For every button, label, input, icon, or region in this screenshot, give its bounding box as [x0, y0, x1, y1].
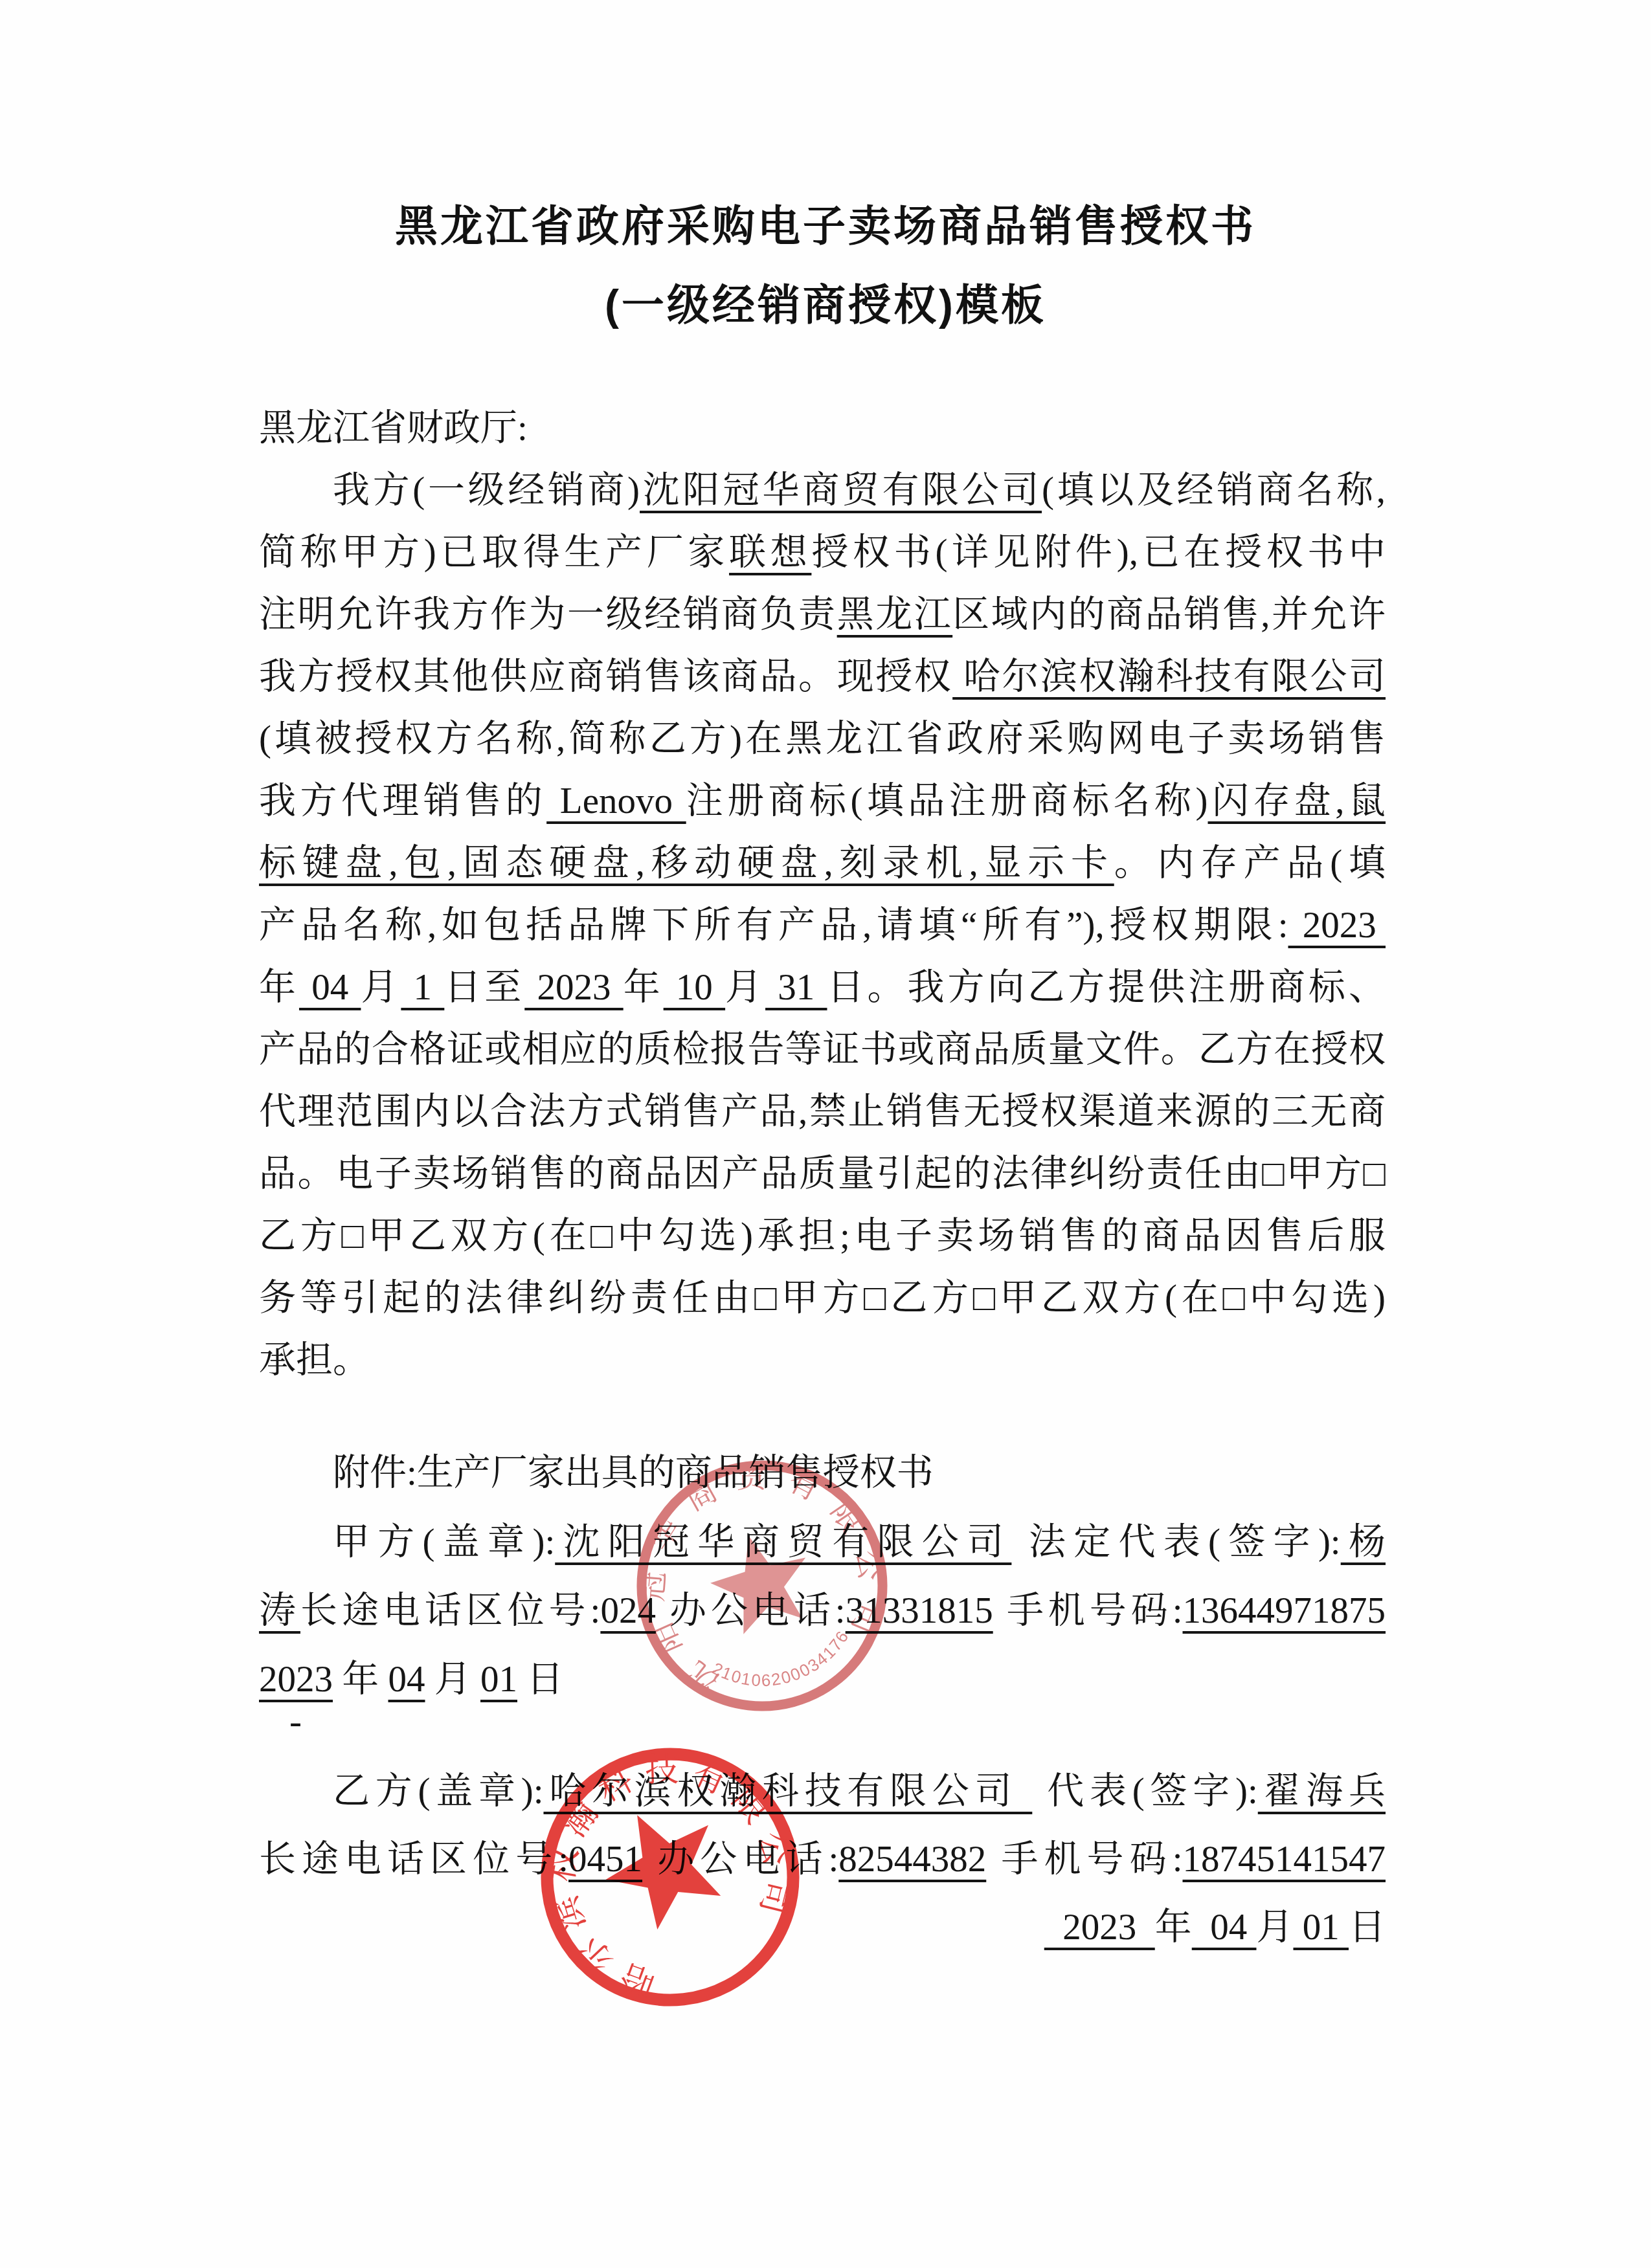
blank-underlined-value: 黑龙江 [837, 594, 953, 635]
blank-underlined-value: 沈阳冠华商贸有限公司 [640, 470, 1042, 511]
blank-underlined-value: 04 [388, 1659, 425, 1700]
blank-underlined-value: 2023 [524, 967, 623, 1008]
text-segment: 代表(签字): [1032, 1771, 1257, 1812]
company-seal-party-a-icon: 沈阳冠华商贸有限公司 210106200034176 [631, 1455, 893, 1717]
text-segment: 月 [425, 1659, 481, 1700]
company-seal-party-b-icon: 哈尔滨权瀚科技有限公司 [537, 1744, 803, 2010]
text-segment: 区域内的商品销售,并允许 [952, 594, 1386, 635]
blank-underlined-value: 2023 [1288, 905, 1386, 946]
blank-underlined-value: 联想 [729, 532, 811, 573]
party-b-section: 乙方(盖章):哈尔滨权瀚科技有限公司 代表(签字):翟海兵长途电话区位号:045… [259, 1757, 1386, 1961]
text-segment: 我方授权其他供应商销售该商品。现授权 [259, 656, 952, 697]
text-segment: 务等引起的法律纠纷责任由□甲方□乙方□甲乙双方(在□中勾选) [259, 1278, 1386, 1318]
text-line: 产品的合格证或相应的质检报告等证书或商品质量文件。乙方在授权 [259, 1019, 1386, 1081]
blank-underlined-value: 18745141547 [1183, 1839, 1386, 1880]
text-segment: 长途电话区位号: [300, 1590, 600, 1631]
seal-a-star-icon [701, 1523, 820, 1639]
blank-underlined-value: 10 [664, 967, 725, 1008]
text-segment: 年 [259, 967, 299, 1008]
blank-underlined-value: 04 [1192, 1907, 1257, 1948]
text-segment: 手机号码: [986, 1839, 1182, 1880]
blank-underlined-value: 2023 [1044, 1907, 1155, 1948]
text-segment: 年 [1155, 1907, 1192, 1948]
text-line: 承担。 [259, 1329, 1386, 1392]
text-line: 我方授权其他供应商销售该商品。现授权 哈尔滨权瀚科技有限公司 [259, 646, 1386, 708]
blank-underlined-value: 04 [299, 967, 361, 1008]
text-segment: 乙方(盖章): [333, 1771, 543, 1812]
text-segment: 代理范围内以合法方式销售产品,禁止销售无授权渠道来源的三无商 [259, 1091, 1386, 1132]
text-segment: 品。电子卖场销售的商品因产品质量引起的法律纠纷责任由□甲方□ [259, 1153, 1386, 1194]
text-line: 简称甲方)已取得生产厂家联想授权书(详见附件),已在授权书中 [259, 522, 1386, 584]
text-line: 品。电子卖场销售的商品因产品质量引起的法律纠纷责任由□甲方□ [259, 1143, 1386, 1205]
text-line: 标键盘,包,固态硬盘,移动硬盘,刻录机,显示卡。内存产品(填 [259, 832, 1386, 895]
blank-underlined-value: 哈尔滨权瀚科技有限公司 [952, 656, 1386, 697]
text-line: 我方代理销售的 Lenovo 注册商标(填品注册商标名称)闪存盘,鼠 [259, 770, 1386, 832]
blank-underlined-value: 1 [401, 967, 444, 1008]
text-line: 我方(一级经销商)沈阳冠华商贸有限公司(填以及经销商名称, [259, 460, 1386, 522]
text-line: 乙方□甲乙双方(在□中勾选)承担;电子卖场销售的商品因售后服 [259, 1205, 1386, 1267]
text-segment: 甲方(盖章): [333, 1522, 555, 1562]
text-segment: 日 [1349, 1907, 1386, 1948]
text-line: 务等引起的法律纠纷责任由□甲方□乙方□甲乙双方(在□中勾选) [259, 1267, 1386, 1329]
text-segment: 注册商标(填品注册商标名称) [686, 781, 1208, 821]
text-line: (填被授权方名称,简称乙方)在黑龙江省政府采购网电子卖场销售 [259, 708, 1386, 770]
text-segment: 注明允许我方作为一级经销商负责 [259, 594, 837, 635]
body-paragraph: 黑龙江省财政厅:我方(一级经销商)沈阳冠华商贸有限公司(填以及经销商名称,简称甲… [259, 397, 1386, 1392]
text-line: 年 04 月 1 日至 2023 年 10 月 31 日。我方向乙方提供注册商标… [259, 957, 1386, 1019]
blank-underlined-value: 13644971875 [1183, 1590, 1386, 1631]
document-title-line2: (一级经销商授权)模板 [0, 265, 1651, 344]
blank-underlined-value: 闪存盘,鼠 [1208, 781, 1386, 821]
text-segment: 年 [623, 967, 664, 1008]
seal-a-number-text: 210106200034176 [705, 1623, 861, 1706]
text-segment: 简称甲方)已取得生产厂家 [259, 532, 729, 573]
blank-underlined-value: 01 [480, 1659, 517, 1700]
separator-dash: - [289, 1691, 302, 1753]
text-segment: 产品名称,如包括品牌下所有产品,请填“所有”),授权期限: [259, 905, 1288, 946]
text-segment: 月 [361, 967, 401, 1008]
text-segment: 乙方□甲乙双方(在□中勾选)承担;电子卖场销售的商品因售后服 [259, 1216, 1386, 1256]
text-segment: 年 [333, 1659, 388, 1700]
text-segment: 日。我方向乙方提供注册商标、 [827, 967, 1386, 1008]
text-segment: 承担。 [259, 1340, 370, 1381]
text-segment: 法定代表(签字): [1011, 1522, 1340, 1562]
text-segment: 黑龙江省财政厅: [259, 408, 528, 449]
text-line: 代理范围内以合法方式销售产品,禁止销售无授权渠道来源的三无商 [259, 1081, 1386, 1143]
text-segment: 我方代理销售的 [259, 781, 546, 821]
document-title: 黑龙江省政府采购电子卖场商品销售授权书 (一级经销商授权)模板 [0, 186, 1651, 344]
blank-underlined-value: 涛 [259, 1590, 300, 1631]
text-segment: 我方(一级经销商) [333, 470, 640, 511]
salutation-line: 黑龙江省财政厅: [259, 397, 1386, 460]
text-segment: 。内存产品(填 [1114, 843, 1386, 884]
text-line: 产品名称,如包括品牌下所有产品,请填“所有”),授权期限: 2023 [259, 895, 1386, 957]
document-page: 黑龙江省政府采购电子卖场商品销售授权书 (一级经销商授权)模板 黑龙江省财政厅:… [0, 0, 1651, 2268]
text-segment: (填被授权方名称,简称乙方)在黑龙江省政府采购网电子卖场销售 [259, 718, 1386, 759]
blank-underlined-value: 31 [765, 967, 827, 1008]
blank-underlined-value: 01 [1294, 1907, 1349, 1948]
blank-underlined-value: 杨 [1341, 1522, 1386, 1562]
text-segment: 授权书(详见附件),已在授权书中 [811, 532, 1386, 573]
party-b-seal-line: 乙方(盖章):哈尔滨权瀚科技有限公司 代表(签字):翟海兵 [259, 1757, 1386, 1825]
blank-underlined-value: Lenovo [546, 781, 686, 821]
text-segment: 手机号码: [993, 1590, 1183, 1631]
blank-underlined-value: 82544382 [838, 1839, 986, 1880]
text-segment: 产品的合格证或相应的质检报告等证书或商品质量文件。乙方在授权 [259, 1029, 1386, 1070]
document-title-line1: 黑龙江省政府采购电子卖场商品销售授权书 [0, 186, 1651, 265]
blank-underlined-value: 翟海兵 [1258, 1771, 1386, 1812]
party-b-contact-line: 长途电话区位号:0451 办公电话:82544382 手机号码:18745141… [259, 1825, 1386, 1893]
party-b-date-line: 2023 年 04 月 01 日 [259, 1893, 1386, 1961]
blank-underlined-value: 标键盘,包,固态硬盘,移动硬盘,刻录机,显示卡 [259, 843, 1114, 884]
text-segment: 日至 [444, 967, 524, 1008]
text-segment: 日 [517, 1659, 563, 1700]
text-segment: (填以及经销商名称, [1042, 470, 1386, 511]
text-segment: 长途电话区位号: [259, 1839, 568, 1880]
text-line: 注明允许我方作为一级经销商负责黑龙江区域内的商品销售,并允许 [259, 584, 1386, 646]
text-segment: 月 [1257, 1907, 1294, 1948]
text-segment: 月 [725, 967, 765, 1008]
